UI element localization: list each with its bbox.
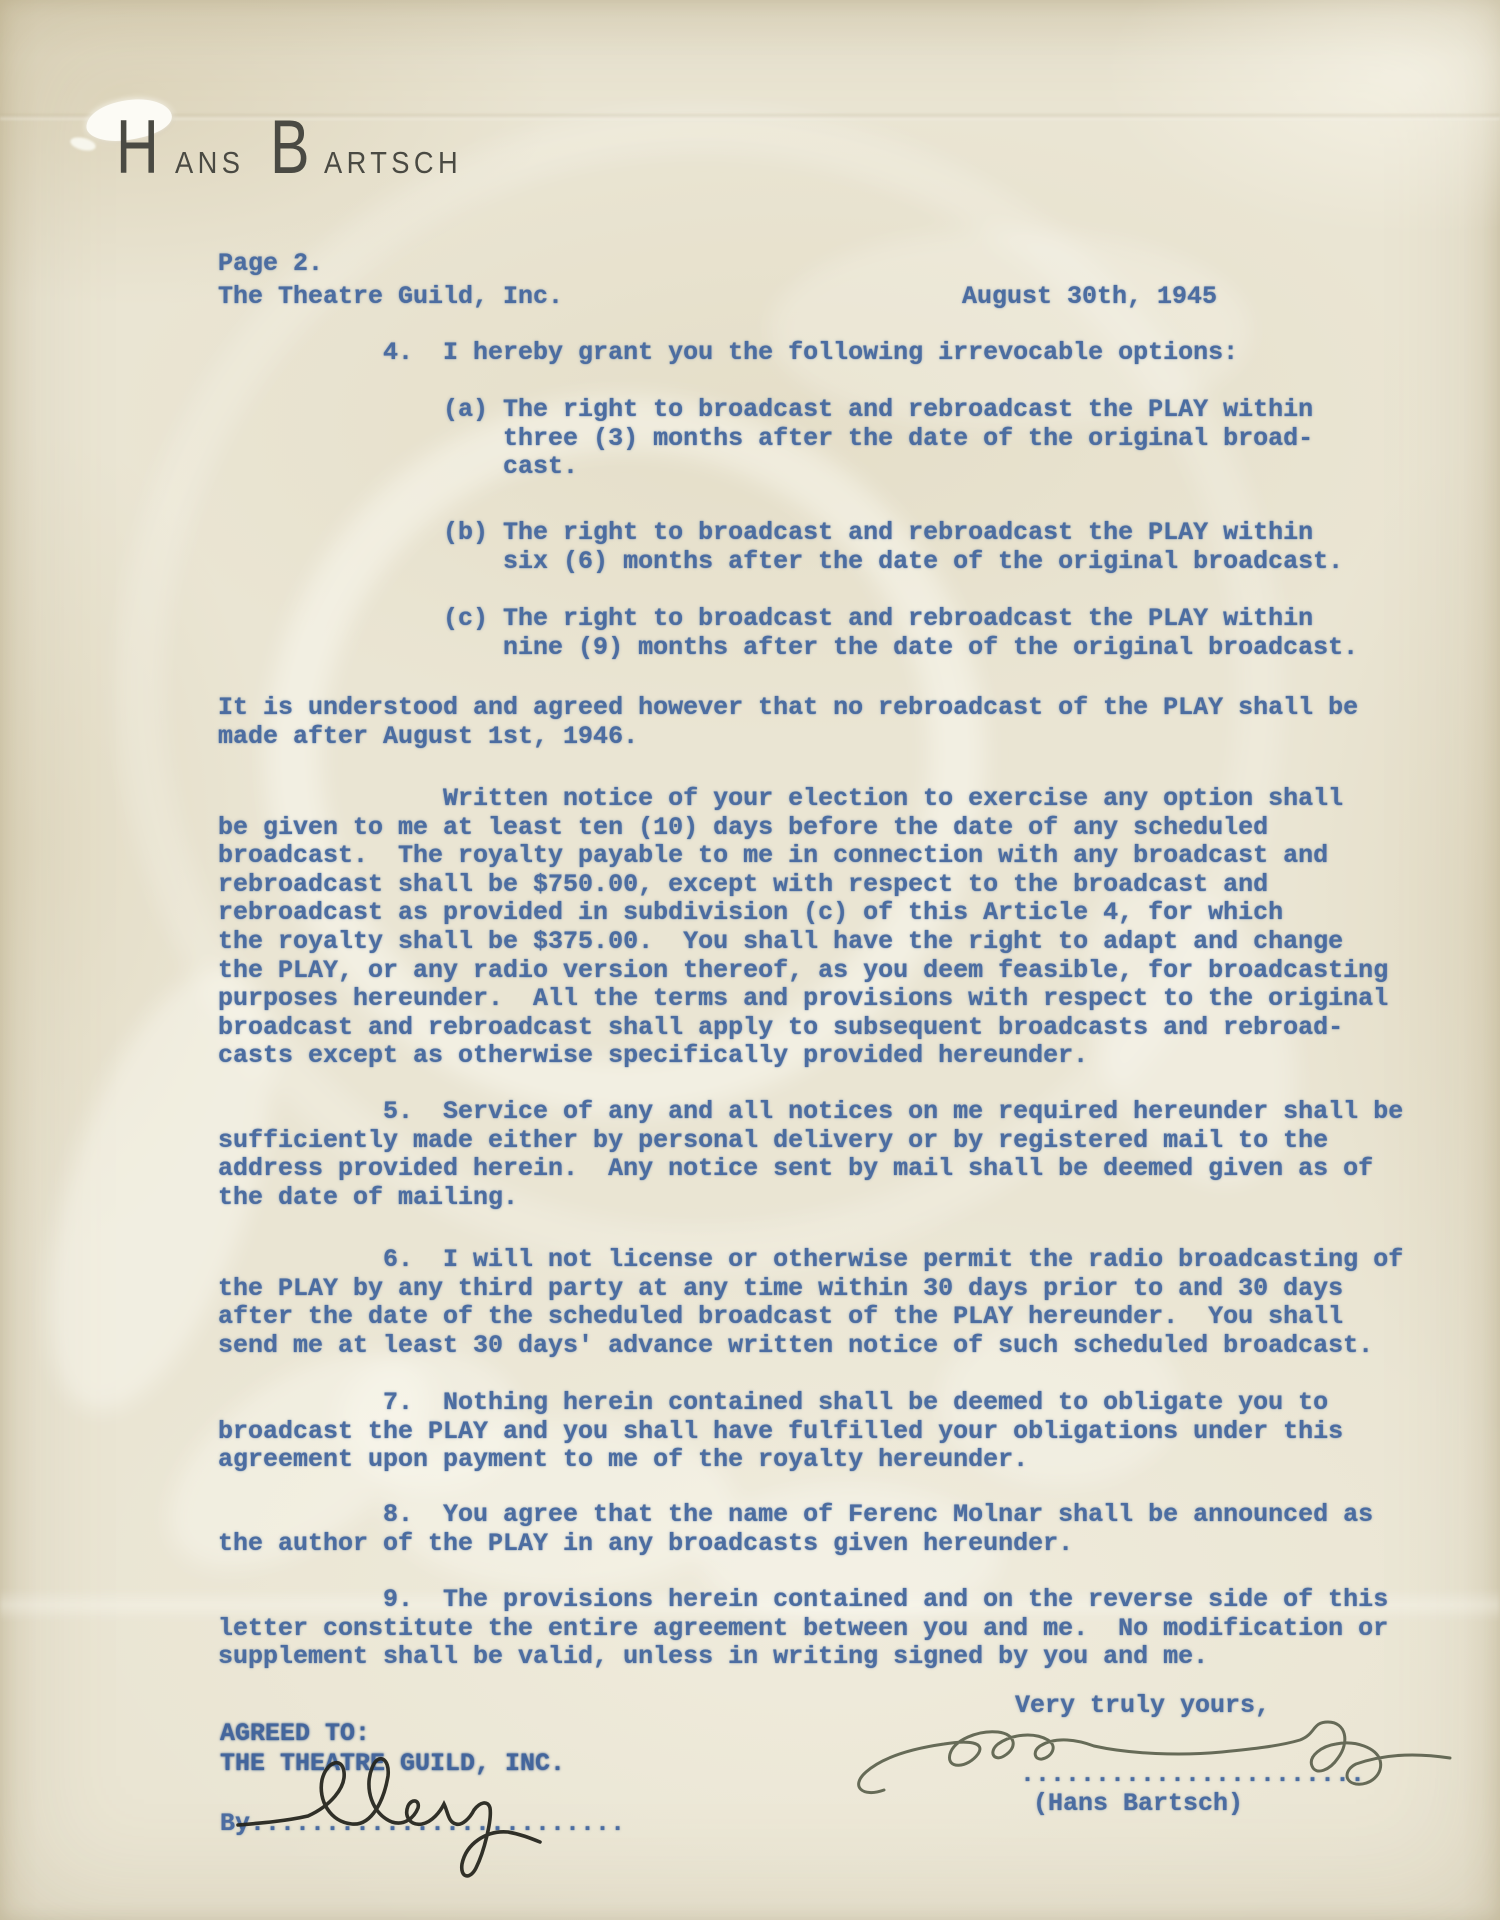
clause-4-option-a: (a) The right to broadcast and rebroadca… xyxy=(218,396,1313,482)
clause-4-intro: 4. I hereby grant you the following irre… xyxy=(218,339,1238,368)
letterhead-initial-h: H xyxy=(116,104,162,192)
clause-6: 6. I will not license or otherwise permi… xyxy=(218,1246,1403,1360)
written-notice-paragraph: Written notice of your election to exerc… xyxy=(218,785,1388,1071)
clause-5: 5. Service of any and all notices on me … xyxy=(218,1098,1403,1212)
signed-name: (Hans Bartsch) xyxy=(1033,1790,1243,1819)
clause-4-option-c: (c) The right to broadcast and rebroadca… xyxy=(218,605,1358,662)
page-number: Page 2. xyxy=(218,250,323,279)
torn-paper-fleck xyxy=(69,135,97,153)
signature-dots: ....................... xyxy=(1020,1761,1365,1790)
valediction: Very truly yours, xyxy=(1015,1692,1270,1721)
clause-8: 8. You agree that the name of Ferenc Mol… xyxy=(218,1501,1373,1558)
letterhead-rest-ans: ANS xyxy=(175,145,244,181)
agreed-company: THE THEATRE GUILD, INC. xyxy=(220,1750,565,1779)
letter-page: HANSBARTSCH Page 2. The Theatre Guild, I… xyxy=(0,0,1500,1920)
agreed-to-label: AGREED TO: xyxy=(220,1720,370,1749)
no-rebroadcast-paragraph: It is understood and agreed however that… xyxy=(218,694,1358,751)
clause-9: 9. The provisions herein contained and o… xyxy=(218,1586,1388,1672)
recipient-line: The Theatre Guild, Inc. xyxy=(218,283,563,312)
letterhead-rest-artsch: ARTSCH xyxy=(324,145,462,181)
clause-7: 7. Nothing herein contained shall be dee… xyxy=(218,1389,1343,1475)
letterhead-hans-bartsch: HANSBARTSCH xyxy=(116,104,481,192)
date-line: August 30th, 1945 xyxy=(962,283,1217,312)
letterhead-initial-b: B xyxy=(270,104,313,192)
clause-4-option-b: (b) The right to broadcast and rebroadca… xyxy=(218,519,1343,576)
by-line: By......................... xyxy=(220,1810,625,1839)
